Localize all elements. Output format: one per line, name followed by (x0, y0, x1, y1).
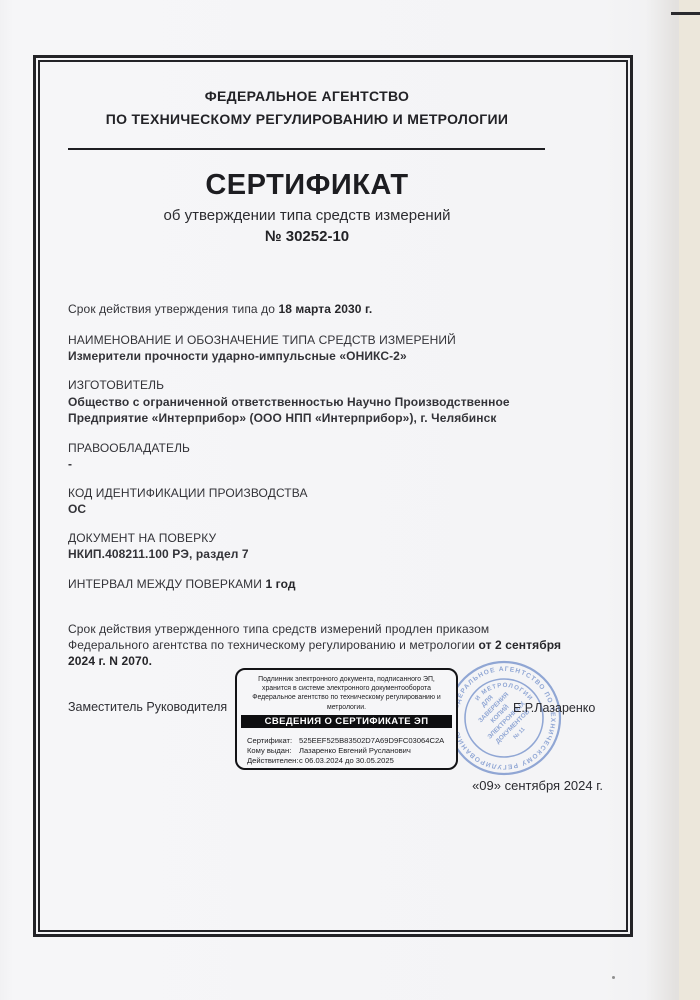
rights-holder-value: - (68, 457, 72, 471)
verification-interval-label: ИНТЕРВАЛ МЕЖДУ ПОВЕРКАМИ (68, 577, 265, 591)
verification-interval-value: 1 год (265, 577, 295, 591)
ep-row-label: Кому выдан: (247, 746, 299, 756)
ep-row-value: Лазаренко Евгений Русланович (299, 746, 411, 755)
ep-certificate-details: Сертификат:525EEF525B83502D7A69D9FC03064… (247, 736, 450, 766)
scan-edge-artifact (671, 12, 700, 15)
signatory-name: Е.Р.Лазаренко (513, 701, 595, 715)
manufacturer-value: Общество с ограниченной ответственностью… (68, 394, 583, 426)
ep-notice-line: хранится в системе электронного документ… (241, 684, 452, 693)
signature-date: «09» сентября 2024 г. (400, 778, 603, 793)
type-name-label: НАИМЕНОВАНИЕ И ОБОЗНАЧЕНИЕ ТИПА СРЕДСТВ … (68, 333, 456, 347)
ep-notice-line: метрологии. (241, 703, 452, 712)
ep-notice-line: Федеральное агентство по техническому ре… (241, 693, 452, 702)
verification-doc-label: ДОКУМЕНТ НА ПОВЕРКУ (68, 531, 216, 545)
signatory-position: Заместитель Руководителя (68, 700, 227, 714)
header-divider (68, 148, 545, 150)
ep-row-value: 525EEF525B83502D7A69D9FC03064C2A (299, 736, 444, 745)
production-code-value: ОС (68, 502, 86, 516)
validity-label: Срок действия утверждения типа до (68, 302, 278, 316)
ep-row-certificate: Сертификат:525EEF525B83502D7A69D9FC03064… (247, 736, 450, 746)
ep-row-valid-period: Действителен:с 06.03.2024 до 30.05.2025 (247, 756, 450, 766)
stamp-center-text: ДЛЯ ЗАВЕРЕНИЯ КОПИЙ ЭЛЕКТРОННЫХ ДОКУМЕНТ… (467, 681, 540, 754)
verification-doc-value: НКИП.408211.100 РЭ, раздел 7 (68, 547, 249, 561)
certificate-number: № 30252-10 (68, 228, 546, 245)
scan-right-margin (679, 0, 700, 1000)
ep-row-label: Действителен: (247, 756, 299, 766)
agency-name-line1: ФЕДЕРАЛЬНОЕ АГЕНТСТВО (68, 88, 546, 104)
manufacturer-label: ИЗГОТОВИТЕЛЬ (68, 378, 164, 392)
validity-line: Срок действия утверждения типа до 18 мар… (68, 302, 372, 316)
document-subtitle: об утверждении типа средств измерений (68, 207, 546, 224)
ep-row-label: Сертификат: (247, 736, 299, 746)
rights-holder-label: ПРАВООБЛАДАТЕЛЬ (68, 441, 190, 455)
ep-notice-line: Подлинник электронного документа, подпис… (241, 675, 452, 684)
scan-speck (612, 976, 615, 979)
document-title: СЕРТИФИКАТ (68, 169, 546, 202)
ep-row-value: с 06.03.2024 до 30.05.2025 (299, 756, 394, 765)
production-code-label: КОД ИДЕНТИФИКАЦИИ ПРОИЗВОДСТВА (68, 486, 308, 500)
validity-value: 18 марта 2030 г. (278, 302, 372, 316)
type-name-value: Измерители прочности ударно-импульсные «… (68, 349, 407, 363)
ep-row-issued-to: Кому выдан:Лазаренко Евгений Русланович (247, 746, 450, 756)
verification-interval-line: ИНТЕРВАЛ МЕЖДУ ПОВЕРКАМИ 1 год (68, 577, 296, 591)
agency-name-line2: ПО ТЕХНИЧЕСКОМУ РЕГУЛИРОВАНИЮ И МЕТРОЛОГ… (68, 111, 546, 127)
certificate-page: ФЕДЕРАЛЬНОЕ АГЕНТСТВО ПО ТЕХНИЧЕСКОМУ РЕ… (0, 0, 700, 1000)
electronic-signature-box: Подлинник электронного документа, подпис… (235, 668, 458, 770)
ep-certificate-bar-title: СВЕДЕНИЯ О СЕРТИФИКАТЕ ЭП (241, 715, 452, 728)
